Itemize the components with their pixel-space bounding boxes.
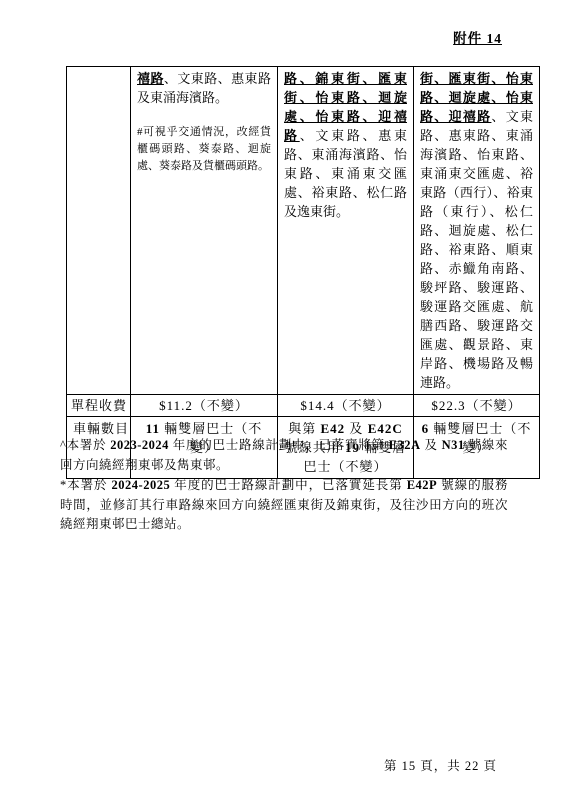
fare-row-label: 單程收費 (67, 395, 131, 417)
route-cell-3: 街、匯東街、怡東路、迴旋處、怡東路、迎禧路、文東路、惠東路、東涌海濱路、怡東路、… (414, 67, 540, 395)
document-page: 附件 14 禧路、文東路、惠東路及東涌海濱路。 #可視乎交通情況，改經貨櫃碼頭路… (0, 0, 566, 800)
route-2-text: 、文東路、惠東路、東涌海濱路、怡東路、東涌東交匯處、裕東路、松仁路及逸東街。 (284, 128, 407, 219)
bus-route-table: 禧路、文東路、惠東路及東涌海濱路。 #可視乎交通情況，改經貨櫃碼頭路、葵泰路、迴… (66, 66, 540, 479)
route-1-traffic-note: #可視乎交通情況，改經貨櫃碼頭路、葵泰路、迴旋處、葵泰路及貨櫃碼頭路。 (137, 124, 271, 175)
routes-row: 禧路、文東路、惠東路及東涌海濱路。 #可視乎交通情況，改經貨櫃碼頭路、葵泰路、迴… (67, 67, 540, 395)
footnote-2: *本署於 2024-2025 年度的巴士路線計劃中，已落實延長第 E42P 號線… (60, 476, 508, 535)
routes-row-label-cell (67, 67, 131, 395)
page-number: 第 15 頁，共 22 頁 (384, 756, 497, 774)
footnotes-block: ^本署於 2023-2024 年度的巴士路線計劃中，已落實將第 E32A 及 N… (60, 436, 508, 536)
appendix-label: 附件 14 (453, 27, 502, 47)
route-cell-2: 路、錦東街、匯東街、怡東路、迴旋處、怡東路、迎禧路、文東路、惠東路、東涌海濱路、… (278, 67, 414, 395)
fare-cell-3: $22.3（不變） (414, 395, 540, 417)
fare-cell-2: $14.4（不變） (278, 395, 414, 417)
route-3-text: 、文東路、惠東路、東涌海濱路、怡東路、東涌東交匯處、裕東路（西行）、裕東路（東行… (420, 109, 533, 390)
fare-cell-1: $11.2（不變） (131, 395, 278, 417)
route-cell-1: 禧路、文東路、惠東路及東涌海濱路。 #可視乎交通情況，改經貨櫃碼頭路、葵泰路、迴… (131, 67, 278, 395)
fare-row: 單程收費 $11.2（不變） $14.4（不變） $22.3（不變） (67, 395, 540, 417)
footnote-1: ^本署於 2023-2024 年度的巴士路線計劃中，已落實將第 E32A 及 N… (60, 436, 508, 475)
route-1-underlined-text: 禧路 (137, 71, 164, 86)
